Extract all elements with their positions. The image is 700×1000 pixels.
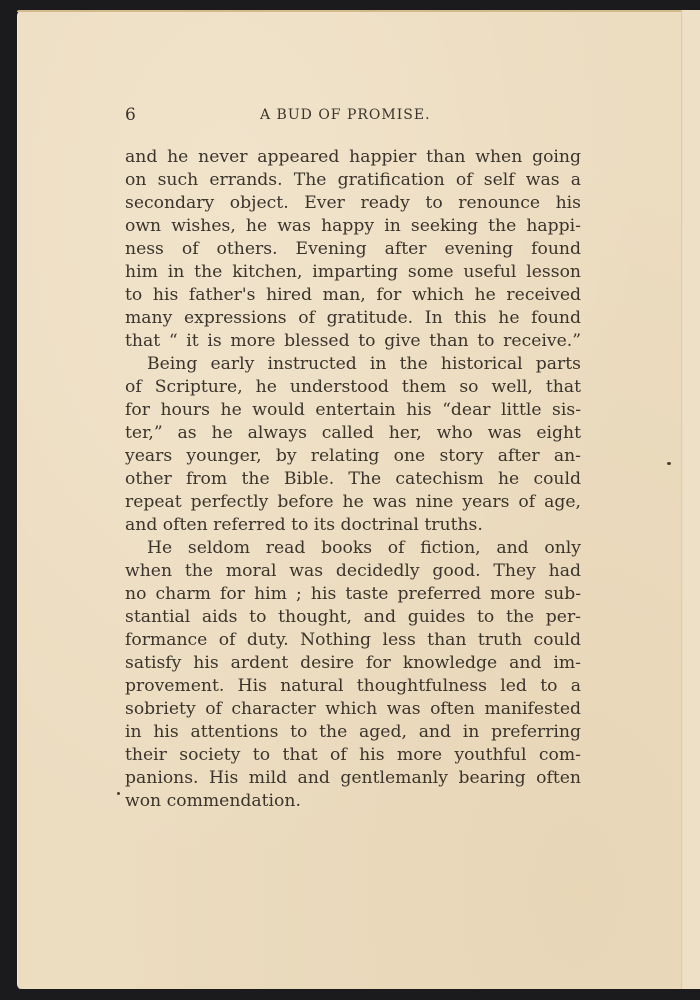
running-title: A BUD OF PROMISE. bbox=[260, 107, 431, 123]
text-line: and he never appeared happier than when … bbox=[125, 146, 581, 169]
paragraph-3: He seldom read books of fiction, and onl… bbox=[125, 537, 581, 813]
text-line: in his attentions to the aged, and in pr… bbox=[125, 721, 581, 744]
text-line: repeat perfectly before he was nine year… bbox=[125, 491, 581, 514]
text-line: of Scripture, he understood them so well… bbox=[125, 376, 581, 399]
text-line: other from the Bible. The catechism he c… bbox=[125, 468, 581, 491]
adjacent-page-strip bbox=[683, 10, 700, 990]
text-line: stantial aids to thought, and guides to … bbox=[125, 606, 581, 629]
text-line: and often referred to its doctrinal trut… bbox=[125, 514, 581, 537]
text-line: that “ it is more blessed to give than t… bbox=[125, 330, 581, 353]
text-line: won commendation. bbox=[125, 790, 581, 813]
paragraph-2: Being early instructed in the historical… bbox=[125, 353, 581, 537]
text-line: Being early instructed in the historical… bbox=[125, 353, 581, 376]
paragraph-1: and he never appeared happier than when … bbox=[125, 146, 581, 353]
text-line: sobriety of character which was often ma… bbox=[125, 698, 581, 721]
paper-speck bbox=[667, 462, 671, 465]
text-line: ness of others. Evening after evening fo… bbox=[125, 238, 581, 261]
text-line: satisfy his ardent desire for knowledge … bbox=[125, 652, 581, 675]
text-line: formance of duty. Nothing less than trut… bbox=[125, 629, 581, 652]
text-line: years younger, by relating one story aft… bbox=[125, 445, 581, 468]
page-number: 6 bbox=[125, 105, 136, 125]
paper-speck bbox=[117, 792, 120, 795]
text-line: secondary object. Ever ready to renounce… bbox=[125, 192, 581, 215]
text-line: provement. His natural thoughtfulness le… bbox=[125, 675, 581, 698]
page-top-edge bbox=[17, 10, 687, 12]
text-line: to his father's hired man, for which he … bbox=[125, 284, 581, 307]
text-line: own wishes, he was happy in seeking the … bbox=[125, 215, 581, 238]
text-line: ter,” as he always called her, who was e… bbox=[125, 422, 581, 445]
body-text: and he never appeared happier than when … bbox=[125, 146, 581, 813]
running-head: 6 A BUD OF PROMISE. bbox=[125, 105, 585, 127]
text-line: many expressions of gratitude. In this h… bbox=[125, 307, 581, 330]
text-line: He seldom read books of fiction, and onl… bbox=[125, 537, 581, 560]
scanned-book-page: 6 A BUD OF PROMISE. and he never appeare… bbox=[0, 0, 700, 1000]
text-line: panions. His mild and gentlemanly bearin… bbox=[125, 767, 581, 790]
text-line: for hours he would entertain his “dear l… bbox=[125, 399, 581, 422]
text-line: when the moral was decidedly good. They … bbox=[125, 560, 581, 583]
text-line: him in the kitchen, imparting some usefu… bbox=[125, 261, 581, 284]
text-line: no charm for him ; his taste preferred m… bbox=[125, 583, 581, 606]
text-line: on such errands. The gratification of se… bbox=[125, 169, 581, 192]
bottom-background-edge bbox=[17, 989, 700, 1000]
text-line: their society to that of his more youthf… bbox=[125, 744, 581, 767]
